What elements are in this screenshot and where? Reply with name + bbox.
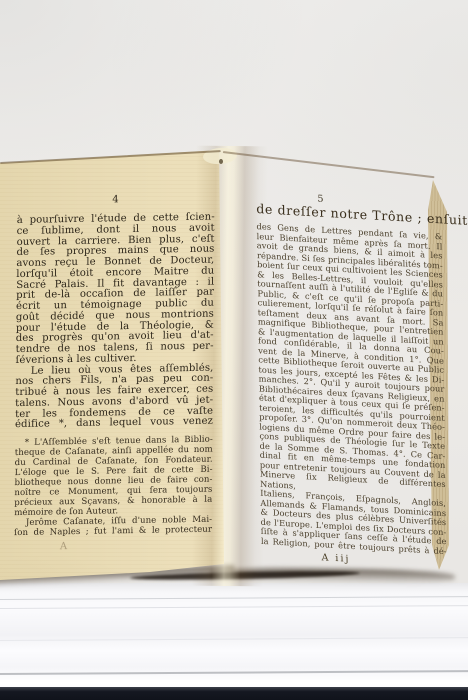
text-line: édifice *, dans lequel vous venez xyxy=(15,417,213,431)
left-signature-mark: A xyxy=(60,541,69,552)
right-page-body: des Gens de Lettres pendant ſa vie, &leu… xyxy=(256,222,446,556)
left-page-number: 4 xyxy=(17,193,215,207)
book-photo-scene: 4 à pourſuivre l'étude de cette ſcien-ce… xyxy=(0,0,468,700)
right-page-text: 5 de dreſſer notre Trône ; enſuite des G… xyxy=(256,190,447,570)
left-page-body: à pourſuivre l'étude de cette ſcien-ce ſ… xyxy=(15,213,215,432)
table-edge xyxy=(0,687,468,700)
paper-stack xyxy=(0,583,468,700)
left-page-footnote: * L'Aſſemblée s'eſt tenue dans la Biblio… xyxy=(14,435,213,538)
gutter-notch-speck xyxy=(219,159,223,164)
left-page-text: 4 à pourſuivre l'étude de cette ſcien-ce… xyxy=(14,193,215,539)
